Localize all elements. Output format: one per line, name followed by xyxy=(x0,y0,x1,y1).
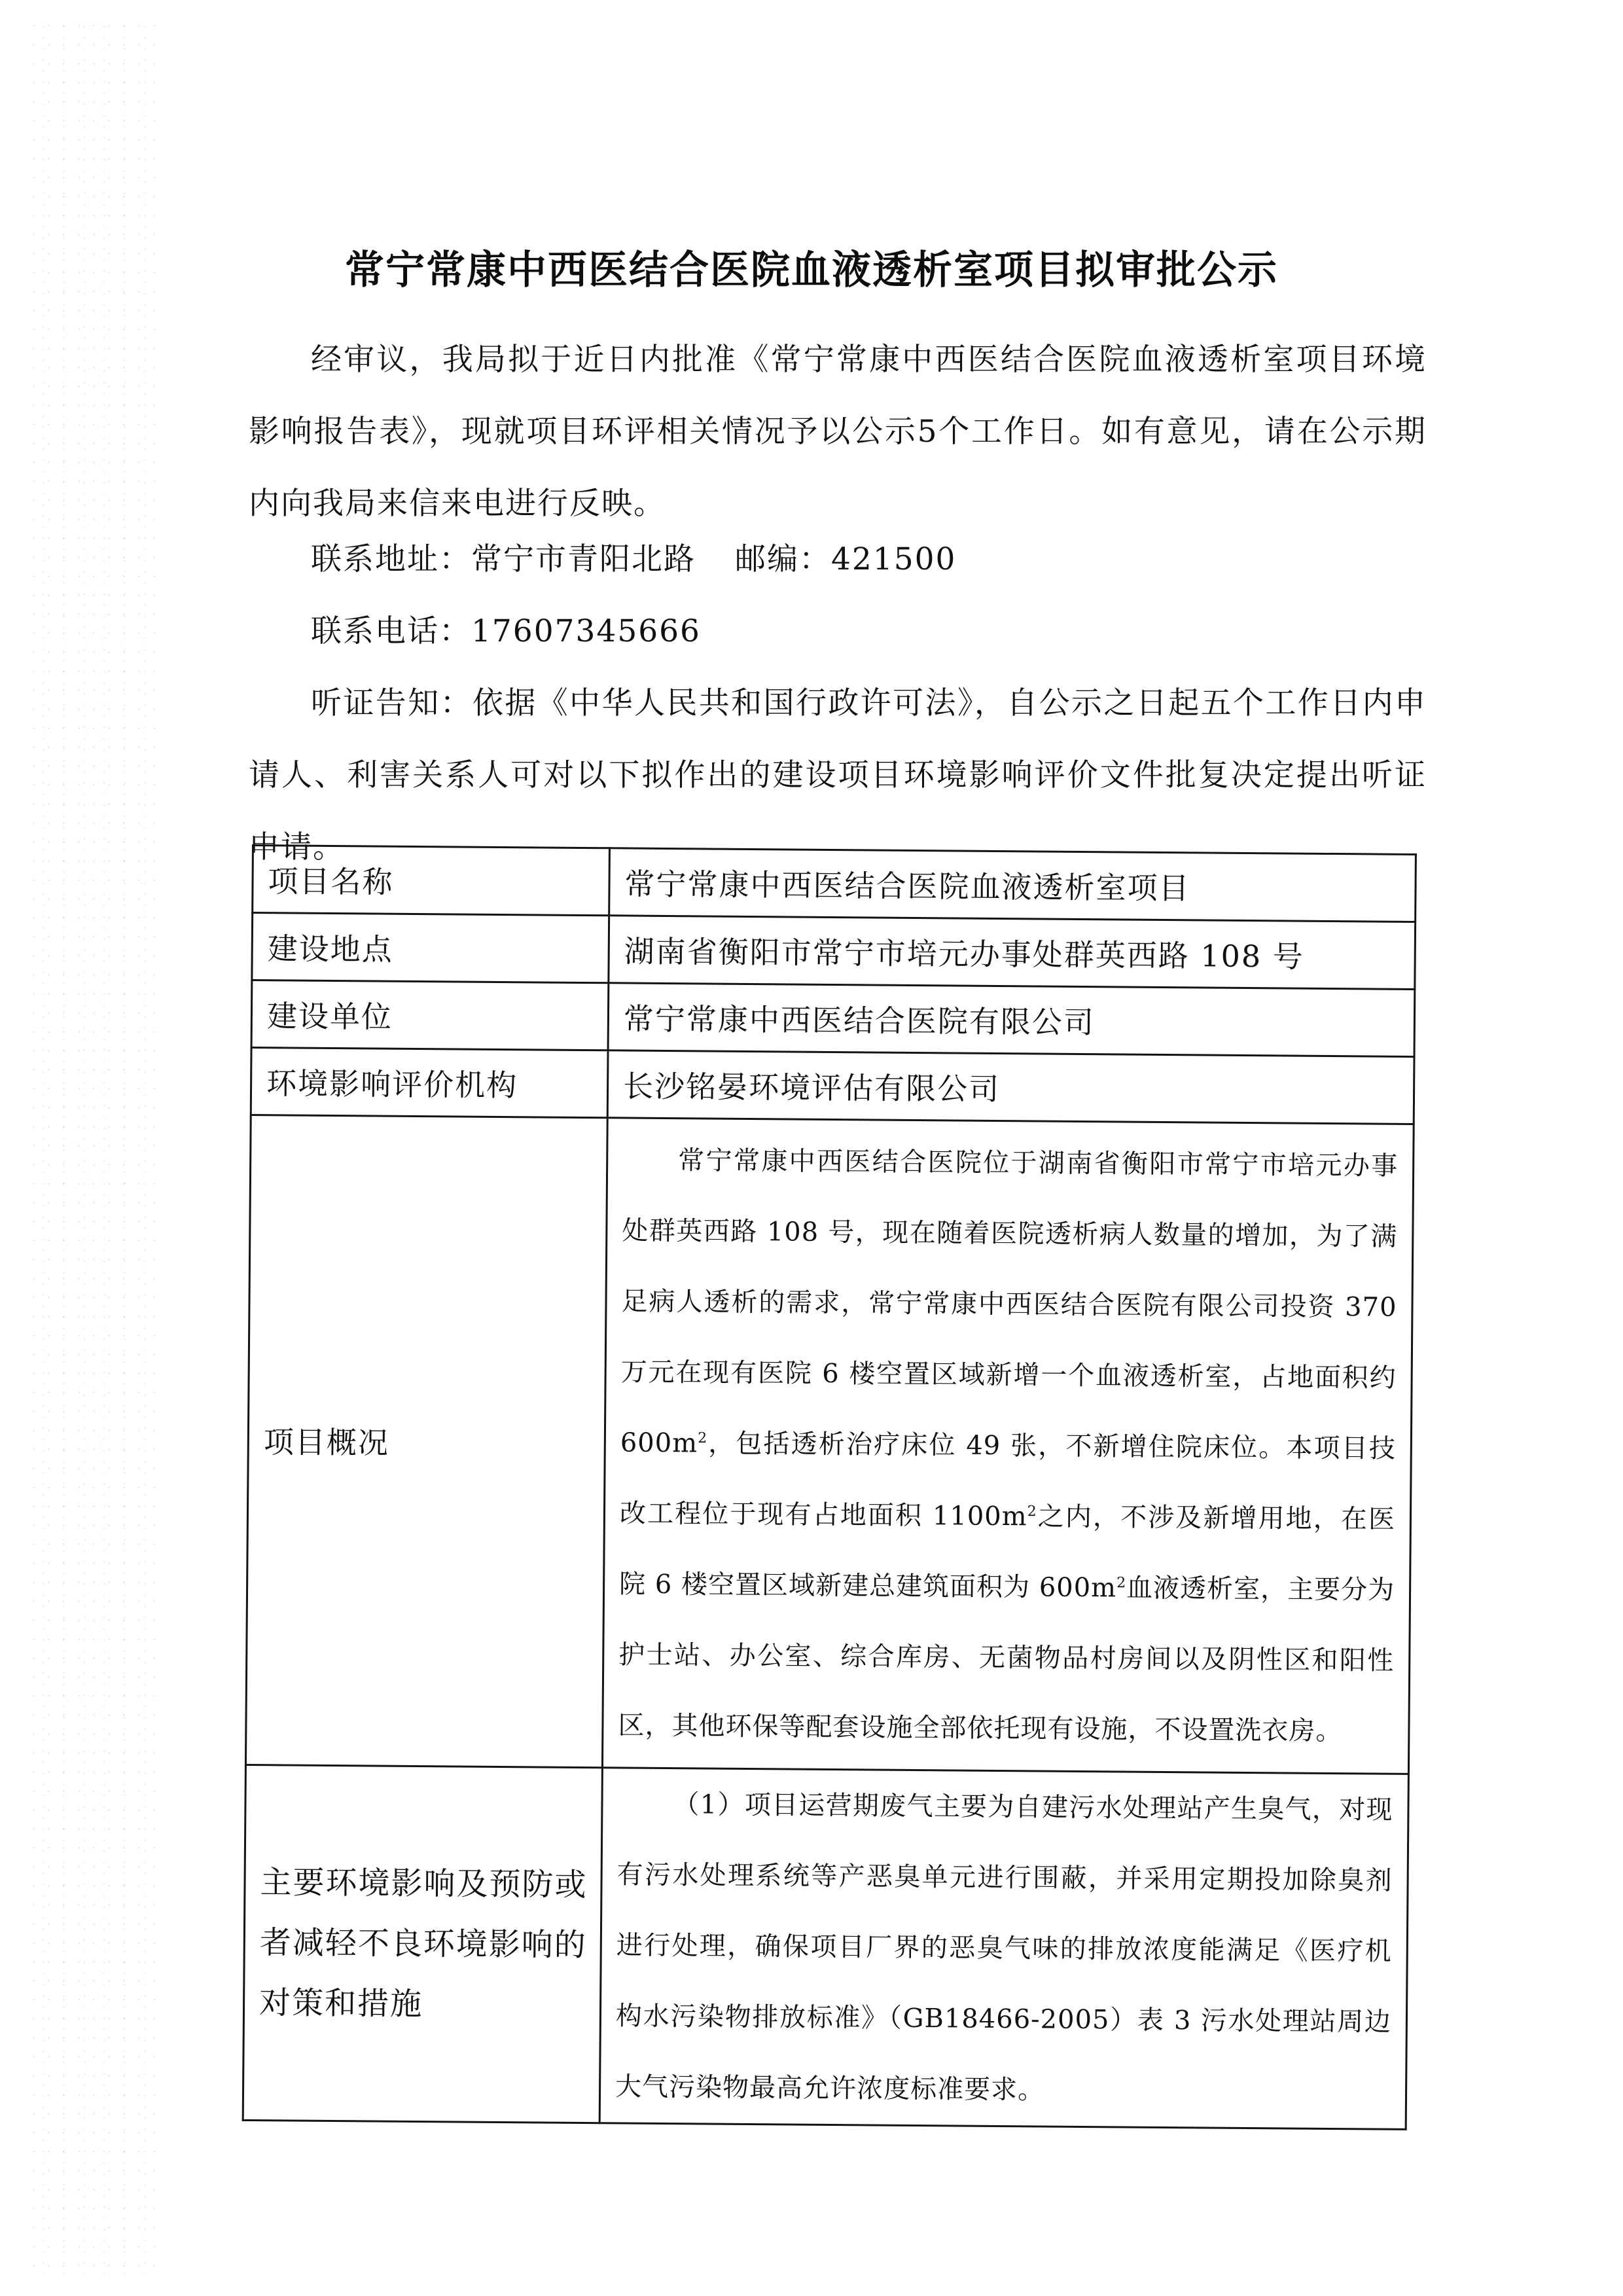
row-label-location: 建设地点 xyxy=(252,913,609,983)
intro-paragraph: 经审议，我局拟于近日内批准《常宁常康中西医结合医院血液透析室项目环境影响报告表》… xyxy=(249,324,1427,540)
contact-phone-label: 联系电话： xyxy=(311,613,471,649)
table-row: 项目概况 常宁常康中西医结合医院位于湖南省衡阳市常宁市培元办事处群英西路 108… xyxy=(245,1115,1414,1774)
superscript: 2 xyxy=(698,1430,707,1446)
row-value-location: 湖南省衡阳市常宁市培元办事处群英西路 108 号 xyxy=(609,916,1416,990)
contact-address-line: 联系地址：常宁市青阳北路邮编：421500 xyxy=(249,524,1427,596)
contact-phone-value: 17607345666 xyxy=(471,613,701,649)
contact-address-label: 联系地址： xyxy=(311,541,471,577)
row-value-builder: 常宁常康中西医结合医院有限公司 xyxy=(608,983,1415,1057)
table-row: 主要环境影响及预防或者减轻不良环境影响的对策和措施 （1）项目运营期废气主要为自… xyxy=(243,1765,1408,2129)
row-value-measures: （1）项目运营期废气主要为自建污水处理站产生臭气，对现有污水处理系统等产恶臭单元… xyxy=(599,1768,1408,2130)
document-title: 常宁常康中西医结合医院血液透析室项目拟审批公示 xyxy=(0,239,1623,295)
measures-text: （1）项目运营期废气主要为自建污水处理站产生臭气，对现有污水处理系统等产恶臭单元… xyxy=(615,1768,1393,2128)
row-label-eia-agency: 环境影响评价机构 xyxy=(251,1048,608,1118)
row-value-eia-agency: 长沙铭晏环境评估有限公司 xyxy=(607,1050,1414,1124)
table-row: 项目名称 常宁常康中西医结合医院血液透析室项目 xyxy=(253,846,1416,922)
row-label-project-name: 项目名称 xyxy=(253,846,610,916)
table-row: 建设单位 常宁常康中西医结合医院有限公司 xyxy=(251,980,1415,1057)
table-row: 建设地点 湖南省衡阳市常宁市培元办事处群英西路 108 号 xyxy=(252,913,1416,990)
row-label-builder: 建设单位 xyxy=(251,980,609,1050)
postcode-label: 邮编： xyxy=(735,541,831,577)
row-label-measures: 主要环境影响及预防或者减轻不良环境影响的对策和措施 xyxy=(243,1765,602,2123)
superscript: 2 xyxy=(1027,1503,1037,1520)
row-label-overview: 项目概况 xyxy=(245,1115,607,1767)
overview-text-part: 常宁常康中西医结合医院位于湖南省衡阳市常宁市培元办事处群英西路 108 号，现在… xyxy=(620,1145,1399,1458)
postcode-value: 421500 xyxy=(831,541,956,577)
project-info-table: 项目名称 常宁常康中西医结合医院血液透析室项目 建设地点 湖南省衡阳市常宁市培元… xyxy=(242,844,1417,2130)
contact-phone-line: 联系电话：17607345666 xyxy=(249,596,1427,668)
row-value-project-name: 常宁常康中西医结合医院血液透析室项目 xyxy=(609,848,1416,922)
document-page: 常宁常康中西医结合医院血液透析室项目拟审批公示 经审议，我局拟于近日内批准《常宁… xyxy=(0,0,1623,2296)
superscript: 2 xyxy=(1116,1575,1126,1591)
overview-text: 常宁常康中西医结合医院位于湖南省衡阳市常宁市培元办事处群英西路 108 号，现在… xyxy=(618,1124,1399,1767)
row-value-overview: 常宁常康中西医结合医院位于湖南省衡阳市常宁市培元办事处群英西路 108 号，现在… xyxy=(602,1118,1414,1774)
table-row: 环境影响评价机构 长沙铭晏环境评估有限公司 xyxy=(251,1048,1414,1124)
contact-address-value: 常宁市青阳北路 xyxy=(471,541,696,577)
